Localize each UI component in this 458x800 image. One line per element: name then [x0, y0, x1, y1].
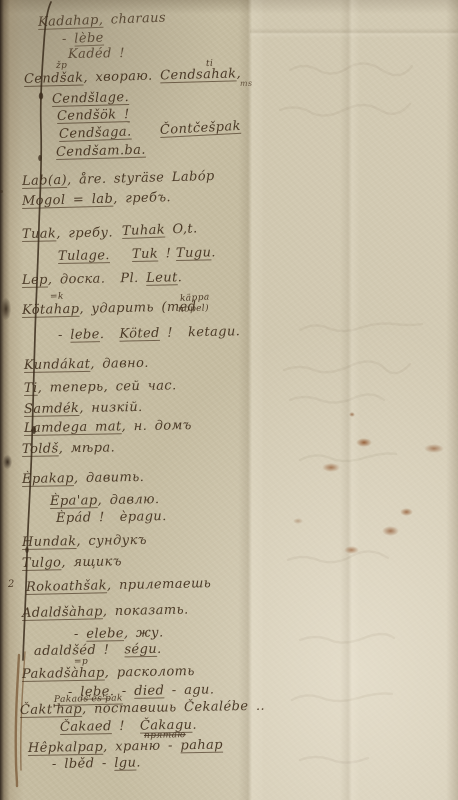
entry-kadahap-sub: - lèbe [62, 32, 104, 47]
entry-epakap-sub: Èpád ! èpagu. [56, 510, 167, 526]
headword: Samdék [24, 401, 80, 417]
word: , низкій. [79, 400, 143, 416]
word: . [100, 327, 120, 342]
word: , доска. Pl. [48, 271, 147, 288]
word: - lběd - [52, 756, 115, 772]
headword: Cendšam.ba. [56, 143, 146, 160]
word: 2 [8, 579, 15, 590]
word: , прилетаешь [107, 576, 212, 593]
entry-kundakat: Kundákat, давно. [24, 357, 149, 373]
word: , сундукъ [76, 533, 147, 549]
headword: Cendsahak [160, 66, 237, 83]
superscript-note: =k [50, 293, 64, 303]
entry-samdek: Samdék, низкій. [24, 401, 143, 417]
entry-tuak: Tuak, гребу. [22, 226, 113, 241]
superscript-note: nopel) [178, 304, 210, 315]
headword: pahap [180, 738, 223, 754]
stain [400, 508, 413, 516]
headword: Čakaed [60, 719, 112, 735]
entry-tulgo: Tulgo, ящикъ [22, 555, 122, 570]
headword: Pakadšàhap [22, 666, 105, 682]
word: , гребъ. [113, 190, 171, 207]
word: , давить. [74, 470, 145, 486]
word: ! ketagu. [160, 324, 241, 341]
headword: Rokoathšak [26, 578, 107, 595]
entry-tuak-sub: Tugu. [176, 246, 216, 260]
headword: Èpakap [22, 471, 74, 487]
word: , теперь, сей час. [38, 378, 177, 395]
headword: Ti [24, 381, 38, 396]
word: käppa [180, 292, 210, 304]
word: - [62, 32, 75, 47]
entry-pakadsahap: Pakadšàhap, расколоть [22, 665, 195, 682]
entry-cendsak-sub: Cendšök ! [57, 108, 130, 124]
word: , поставишь [82, 700, 184, 717]
stain [349, 412, 355, 417]
headword: Adaldšàhap [22, 604, 103, 621]
word: , храню - [103, 738, 181, 754]
entry-cendsak-sub: Cendšam.ba. [56, 144, 146, 160]
headword: Hêpkalpap [28, 740, 103, 756]
word: .. [248, 699, 265, 714]
entry-lep: Lep, доска. Pl. Leut. [22, 271, 182, 287]
entry-tolds: Toldš, мѣра. [22, 441, 115, 456]
stain [344, 546, 359, 554]
entry-tuak-sub: Tuk ! [132, 247, 172, 261]
headword: Lamdega mat [24, 419, 122, 436]
entry-epakap-sub: Èpa'ap, давлю. [50, 493, 160, 509]
entry-kadahap-sub: Kadéd ! [68, 47, 125, 62]
word: , ящикъ [61, 554, 122, 570]
stain [293, 518, 303, 524]
entry-cendsak-sub: Cendšlage. [52, 91, 129, 107]
word: , хвораю. [83, 68, 160, 85]
entry-hundak: Hundak, сундукъ [22, 534, 147, 550]
entry-hepkalpap-sub: - lběd - lgu. [52, 756, 141, 771]
word: , жу. [124, 625, 164, 641]
headword: Lab(a) [22, 173, 67, 189]
word: , н. домъ [121, 418, 191, 434]
stain [322, 463, 340, 472]
headword: Èpa'ap [50, 493, 98, 509]
superscript-note: ms [240, 80, 253, 89]
headword: Kundákat [24, 357, 91, 373]
word: Èpád ! èpagu. [56, 509, 167, 526]
ink-blot [1, 298, 11, 320]
headword: Cendšök ! [57, 107, 130, 124]
headword: Tuak [22, 226, 57, 242]
word: . [157, 642, 162, 657]
headword: Mogol = lab [22, 192, 114, 209]
word: , расколоть [105, 664, 195, 681]
headword: Tuk [132, 247, 158, 262]
headword: Tuhak [122, 223, 166, 239]
entry-tuhak: Tuhak O,t. [122, 222, 198, 238]
headword: Cendšlage. [52, 90, 129, 107]
word: Kadéd ! [68, 46, 125, 62]
entry-epakap: Èpakap, давить. [22, 471, 144, 487]
headword: lgu [114, 756, 136, 771]
entry-cendsak-sub: Cendšaga. [59, 125, 132, 141]
headword: Hundak [22, 534, 77, 550]
headword: Tulgo [22, 555, 62, 571]
manuscript-page: Kadahap, charaus- lèbeKadéd !žptiCendšak… [0, 0, 458, 800]
entry-hepkalpap: Hêpkalpap, храню - pahap [28, 739, 223, 756]
word: - [74, 627, 87, 642]
margin-number: 2 [8, 580, 15, 591]
word: - agu. [164, 682, 214, 698]
word: ! [158, 246, 171, 261]
word: nopel) [178, 303, 210, 315]
word: Čekalébe [184, 699, 249, 715]
word: ! [112, 719, 140, 734]
word: . [192, 718, 197, 733]
headword: Toldš [22, 441, 59, 457]
stain [356, 438, 372, 447]
entry-adaldsahap-sub: adaldšéd ! ségu. [34, 643, 162, 659]
word: . [178, 270, 183, 285]
stain [424, 444, 444, 453]
headword: Kötahap [22, 302, 80, 318]
word: , давно. [90, 356, 149, 372]
word: , гребу. [56, 225, 113, 241]
word: . [136, 755, 141, 770]
word: . [211, 245, 216, 260]
word: =k [50, 292, 64, 302]
headword: Cendšaga. [59, 124, 132, 142]
headword: lebe [70, 327, 100, 343]
headword: Cendšak [24, 70, 84, 87]
word: O,t. [165, 221, 198, 237]
word: , мѣра. [58, 440, 115, 456]
headword: Leut [146, 270, 178, 286]
headword: ségu [124, 642, 157, 658]
word: charaus [103, 11, 166, 28]
entry-tuak-sub: Tulage. [58, 249, 110, 264]
headword: elebe [86, 626, 124, 642]
word: , показать. [103, 603, 189, 620]
entry-adaldsahap-sub: - elebe, жу. [74, 626, 164, 641]
headword: Tugu [176, 245, 212, 261]
headword: Kadahap, [38, 13, 104, 30]
headword: Čakt'hap [20, 702, 82, 718]
word: - [58, 328, 71, 343]
word: , давлю. [97, 492, 159, 508]
headword: Lep [22, 273, 48, 288]
headword: Köted [119, 326, 160, 342]
headword: lèbe [74, 31, 104, 47]
speck [0, 190, 3, 193]
word: ms [240, 79, 253, 88]
entry-lamdega-mat: Lamdega mat, н. домъ [24, 419, 192, 436]
stain [382, 526, 399, 536]
ink-blot [3, 455, 12, 469]
entry-ti: Ti, теперь, сей час. [24, 379, 177, 395]
headword: Tulage. [58, 248, 110, 264]
headword: died [134, 683, 164, 699]
word: žp [56, 61, 68, 71]
